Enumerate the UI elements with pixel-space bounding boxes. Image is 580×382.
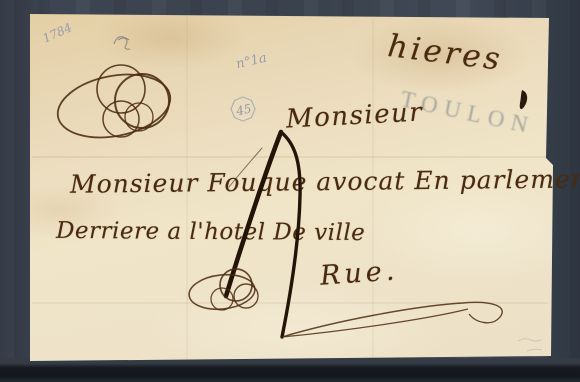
underline-leaf-flourish xyxy=(282,302,502,337)
ink-apostrophe-mark xyxy=(520,90,527,109)
circled-45-value: 45 xyxy=(234,101,253,118)
ink-marks-overlay: 45 xyxy=(0,0,580,382)
circled-45-pencil-mark: 45 xyxy=(231,97,255,121)
pencil-smudge-mark xyxy=(114,37,130,50)
paraph-flourish-bottom xyxy=(187,269,258,312)
paraph-flourish-top-left xyxy=(52,65,175,146)
faint-pencil-squiggles xyxy=(518,339,542,351)
letter-photo: hieres TOULON Monsieur Monsieur Fouque a… xyxy=(0,0,580,382)
